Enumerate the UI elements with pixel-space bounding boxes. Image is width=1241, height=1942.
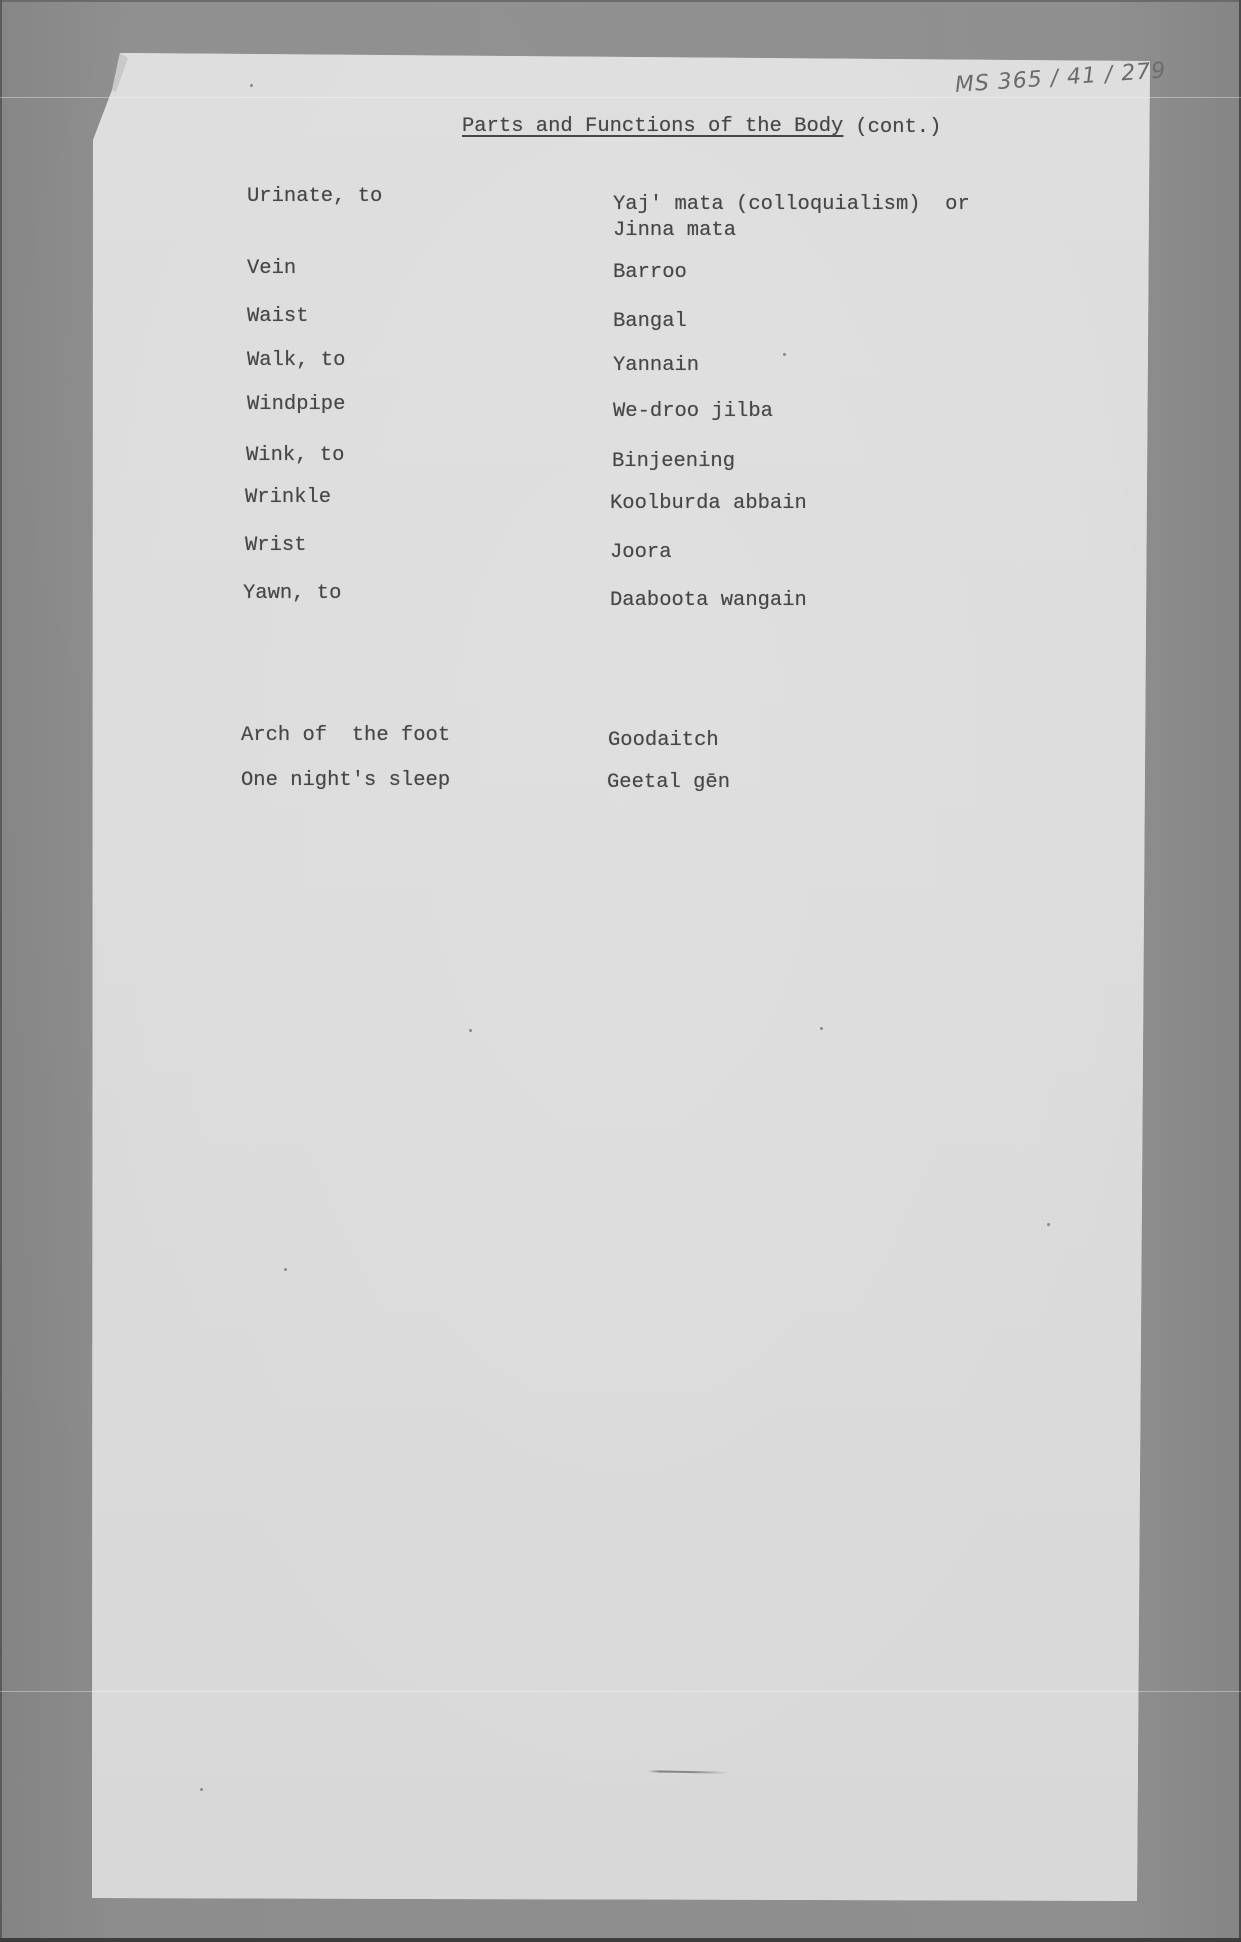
english-term: Walk, to xyxy=(247,351,345,372)
english-term: Wrist xyxy=(245,536,307,557)
scan-artifact-line xyxy=(0,97,1241,98)
english-term: Urinate, to xyxy=(247,187,382,208)
paper-speck xyxy=(783,353,786,356)
english-term: Arch of the foot xyxy=(241,726,450,747)
paper-speck xyxy=(1047,1223,1050,1226)
paper-speck xyxy=(820,1027,823,1030)
scan-frame-edge xyxy=(0,0,2,1942)
paper-speck xyxy=(284,1268,287,1271)
typewritten-page xyxy=(0,0,1241,1942)
english-term: Wrinkle xyxy=(245,488,331,509)
translation: Barroo xyxy=(613,263,687,284)
translation: Yannain xyxy=(613,356,699,377)
translation: Joora xyxy=(610,543,672,564)
scan-artifact-line xyxy=(0,1691,1241,1692)
translation: Binjeening xyxy=(612,452,735,473)
paper-speck xyxy=(469,1029,472,1032)
english-term: One night's sleep xyxy=(241,771,450,792)
translation-continued: Jinna mata xyxy=(613,221,736,242)
translation: Goodaitch xyxy=(608,731,719,752)
scan-frame-edge xyxy=(0,0,1241,2)
translation: Yaj' mata (colloquialism) or xyxy=(613,195,970,216)
translation: Bangal xyxy=(613,312,687,333)
page-title-main: Parts and Functions of the Body xyxy=(462,117,843,138)
english-term: Waist xyxy=(247,307,309,328)
translation: Koolburda abbain xyxy=(610,494,807,515)
scan-frame-edge xyxy=(0,1938,1241,1942)
page-title-suffix: (cont.) xyxy=(843,118,941,139)
paper-speck xyxy=(250,84,253,87)
english-term: Wink, to xyxy=(246,446,344,467)
translation: We-droo jilba xyxy=(613,402,773,423)
translation: Daaboota wangain xyxy=(610,591,807,612)
paper-speck xyxy=(200,1788,203,1791)
english-term: Vein xyxy=(247,259,296,280)
english-term: Yawn, to xyxy=(243,584,341,605)
english-term: Windpipe xyxy=(247,395,345,416)
paper-texture xyxy=(0,0,1241,1942)
translation: Geetal gēn xyxy=(607,773,730,794)
